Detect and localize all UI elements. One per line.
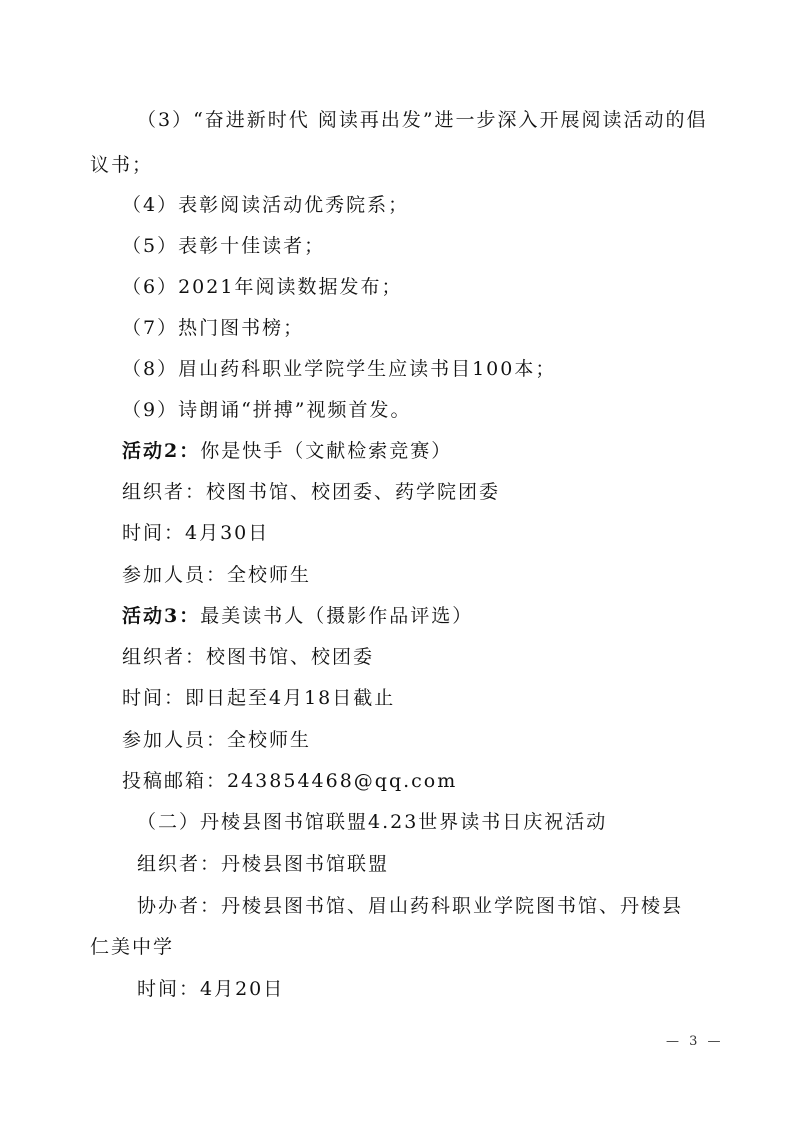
- activity2-time: 时间：4月30日: [122, 521, 269, 545]
- activity2-title: 你是快手（文献检索竞赛）: [200, 440, 452, 462]
- section2-co-organizer-cont: 仁美中学: [90, 935, 174, 959]
- section2-heading: （二）丹棱县图书馆联盟4.23世界读书日庆祝活动: [137, 810, 607, 834]
- section2-time: 时间：4月20日: [137, 977, 284, 1001]
- activity3-email: 投稿邮箱：243854468@qq.com: [122, 769, 457, 793]
- page-number: — 3 —: [666, 1034, 724, 1049]
- activity2-participants: 参加人员：全校师生: [122, 563, 311, 587]
- list-item-3-cont: 议书；: [90, 153, 153, 177]
- list-item-4: （4）表彰阅读活动优秀院系；: [122, 193, 409, 217]
- section2-co-organizer: 协办者：丹棱县图书馆、眉山药科职业学院图书馆、丹棱县: [137, 894, 683, 918]
- activity2-organizer: 组织者：校图书馆、校团委、药学院团委: [122, 480, 500, 504]
- list-item-9: （9）诗朗诵“拼搏”视频首发。: [122, 398, 412, 422]
- activity3-participants: 参加人员：全校师生: [122, 728, 311, 752]
- list-item-3: （3）“奋进新时代 阅读再出发”进一步深入开展阅读活动的倡: [137, 108, 708, 132]
- activity3-organizer: 组织者：校图书馆、校团委: [122, 645, 374, 669]
- list-item-5: （5）表彰十佳读者；: [122, 234, 325, 258]
- list-item-6: （6）2021年阅读数据发布；: [122, 275, 402, 299]
- activity3-title: 最美读书人（摄影作品评选）: [200, 605, 473, 627]
- list-item-8: （8）眉山药科职业学院学生应读书目100本；: [122, 357, 556, 381]
- section2-organizer: 组织者：丹棱县图书馆联盟: [137, 852, 389, 876]
- activity2-label: 活动2：: [122, 440, 200, 462]
- activity3-label: 活动3：: [122, 605, 200, 627]
- list-item-7: （7）热门图书榜；: [122, 316, 304, 340]
- activity3-heading: 活动3：最美读书人（摄影作品评选）: [122, 604, 473, 628]
- activity2-heading: 活动2：你是快手（文献检索竞赛）: [122, 439, 452, 463]
- activity3-time: 时间：即日起至4月18日截止: [122, 686, 395, 710]
